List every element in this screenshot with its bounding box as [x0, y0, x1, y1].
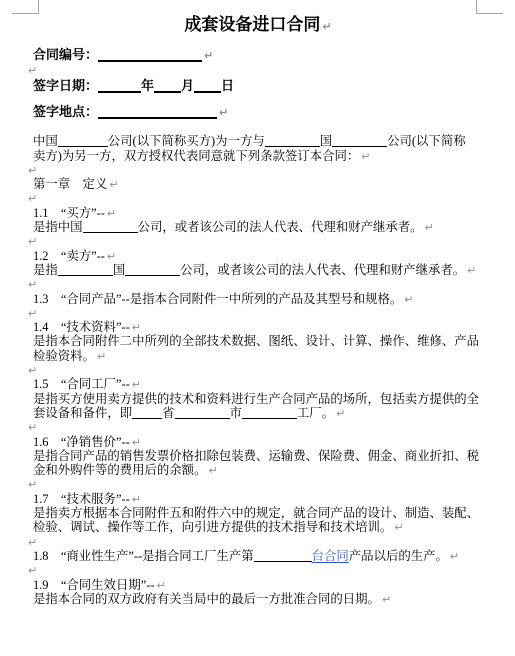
empty-paragraph: ↵: [33, 563, 483, 577]
blank-underline-field: [254, 560, 312, 562]
document-line: 是指卖方根据本合同附件五和附件六中的规定，就合同产品的设计、制造、装配、: [33, 506, 483, 520]
document-line: 1.7 “技术服务”--↵: [33, 492, 483, 506]
text-run: 签字地点：: [33, 104, 98, 119]
document-line: 1.2 “卖方”--↵: [33, 249, 483, 263]
paragraph-mark-icon: ↵: [28, 536, 37, 549]
paragraph-mark-icon: ↵: [107, 207, 116, 220]
document-line: 1.6 “净销售价”--↵: [33, 435, 483, 449]
blank-underline-field: [98, 90, 141, 93]
text-run: 成套设备进口合同: [184, 15, 320, 34]
blank-underline-field: [58, 145, 108, 147]
text-run: 公司，或者该公司的法人代表、代理和财产继承者。: [138, 220, 423, 234]
document-line: 是指本合同的双方政府有关当局中的最后一方批准合同的日期。↵: [33, 592, 483, 606]
empty-paragraph: ↵: [33, 63, 483, 77]
text-run: 卖方)为另一方，双方授权代表同意就下列条款签订本合同：: [33, 149, 359, 163]
text-run: 是指: [33, 263, 58, 277]
empty-paragraph: ↵: [33, 306, 483, 320]
text-run: 检验、调试、操作等工作，向引进方提供的技术指导和技术培训。: [33, 520, 392, 534]
paragraph-mark-icon: ↵: [467, 264, 476, 277]
document-content: 成套设备进口合同↵合同编号：↵↵签字日期：年月日签字地点：↵中国公司(以下简称买…: [33, 0, 483, 606]
document-line: 是指本合同附件二中所列的全部技术数据、图纸、设计、计算、操作、维修、产品: [33, 334, 483, 348]
blank-underline-field: [265, 145, 320, 147]
text-run: 1.4 “技术资料”--: [33, 320, 130, 334]
empty-paragraph: ↵: [33, 420, 483, 434]
text-run: 市: [230, 406, 242, 420]
document-line: 金和外购件等的费用后的余额。↵: [33, 463, 483, 477]
paragraph-mark-icon: ↵: [132, 436, 141, 449]
text-run: 1.6 “净销售价”--: [33, 435, 130, 449]
empty-paragraph: ↵: [33, 234, 483, 248]
paragraph-mark-icon: ↵: [28, 235, 37, 248]
blank-underline-field: [242, 417, 297, 419]
paragraph-mark-icon: ↵: [219, 106, 228, 119]
document-line: 是指合同产品的销售发票价格扣除包装费、运输费、保险费、佣金、商业折扣、税: [33, 449, 483, 463]
text-run: 日: [221, 78, 234, 93]
text-run: 年: [141, 78, 154, 93]
paragraph-mark-icon: ↵: [28, 192, 37, 205]
empty-paragraph: ↵: [33, 191, 483, 205]
document-line: 1.1 “买方”--↵: [33, 206, 483, 220]
paragraph-mark-icon: ↵: [336, 407, 345, 420]
paragraph-mark-icon: ↵: [361, 150, 370, 163]
blank-underline-field: [58, 274, 113, 276]
text-run: 1.5 “合同工厂”--: [33, 377, 130, 391]
text-run: 中国: [33, 134, 58, 148]
form-field-line: 签字日期：年月日: [33, 78, 483, 93]
text-run: 是指本合同附件二中所列的全部技术数据、图纸、设计、计算、操作、维修、产品: [33, 334, 479, 348]
paragraph-mark-icon: ↵: [132, 493, 141, 506]
form-field-line: 签字地点：↵: [33, 104, 483, 120]
document-line: 1.9 “合同生效日期”--↵: [33, 578, 483, 592]
document-line: 套设备和备件，即省市工厂。↵: [33, 406, 483, 420]
document-line: 检验、调试、操作等工作，向引进方提供的技术指导和技术培训。↵: [33, 520, 483, 534]
document-title-line: 成套设备进口合同↵: [33, 13, 483, 38]
paragraph-mark-icon: ↵: [132, 378, 141, 391]
paragraph-mark-icon: ↵: [404, 293, 413, 306]
form-field-line: 合同编号：↵: [33, 47, 483, 63]
text-run: 金和外购件等的费用后的余额。: [33, 463, 206, 477]
text-run: 国: [320, 134, 332, 148]
document-line: 是指买方使用卖方提供的技术和资料进行生产合同产品的场所，包括卖方提供的全: [33, 392, 483, 406]
paragraph-mark-icon: ↵: [204, 49, 213, 62]
document-page[interactable]: 成套设备进口合同 成套设备进口合同↵合同编号：↵↵签字日期：年月日签字地点：↵中…: [0, 0, 515, 656]
text-run: 月: [181, 78, 194, 93]
blank-underline-field: [194, 90, 221, 93]
empty-paragraph: ↵: [33, 477, 483, 491]
empty-paragraph: ↵: [33, 363, 483, 377]
blank-underline-field: [154, 90, 181, 93]
paragraph-mark-icon: ↵: [28, 564, 37, 577]
document-line: 卖方)为另一方，双方授权代表同意就下列条款签订本合同：↵: [33, 149, 483, 163]
text-run: 1.3 “合同产品”--是指本合同附件一中所列的产品及其型号和规格。: [33, 292, 402, 306]
empty-paragraph: ↵: [33, 277, 483, 291]
paragraph-mark-icon: ↵: [208, 464, 217, 477]
text-run: 第一章 定义: [33, 177, 107, 191]
document-line: 1.5 “合同工厂”--↵: [33, 377, 483, 391]
text-run: 产品以后的生产。: [349, 549, 448, 563]
text-run: 签字日期：: [33, 78, 98, 93]
paragraph-mark-icon: ↵: [107, 250, 116, 263]
text-run: 是指本合同的双方政府有关当局中的最后一方批准合同的日期。: [33, 592, 380, 606]
document-line: 是指国公司，或者该公司的法人代表、代理和财产继承者。↵: [33, 263, 483, 277]
paragraph-mark-icon: ↵: [28, 478, 37, 491]
text-run: 检验资料。: [33, 349, 95, 363]
blank-underline-field: [98, 116, 217, 119]
paragraph-mark-icon: ↵: [97, 350, 106, 363]
text-run: 套设备和备件，即: [33, 406, 132, 420]
text-run: 省: [162, 406, 174, 420]
paragraph-mark-icon: ↵: [156, 579, 165, 592]
text-run: 公司(以下简称: [387, 134, 465, 148]
text-run: 是指中国: [33, 220, 83, 234]
text-run: 工厂。: [297, 406, 334, 420]
blank-underline-field: [98, 59, 202, 62]
text-run: 国: [113, 263, 125, 277]
text-run: 是指卖方根据本合同附件五和附件六中的规定，就合同产品的设计、制造、装配、: [33, 506, 479, 520]
blank-underline-field: [132, 417, 162, 419]
paragraph-mark-icon: ↵: [28, 164, 37, 177]
paragraph-mark-icon: ↵: [132, 321, 141, 334]
empty-paragraph: ↵: [33, 163, 483, 177]
blank-underline-field: [125, 274, 180, 276]
paragraph-mark-icon: ↵: [450, 550, 459, 563]
text-run: 是指合同产品的销售发票价格扣除包装费、运输费、保险费、佣金、商业折扣、税: [33, 449, 479, 463]
paragraph-mark-icon: ↵: [394, 521, 403, 534]
paragraph-mark-icon: ↵: [28, 421, 37, 434]
paragraph-mark-icon: ↵: [382, 593, 391, 606]
paragraph-mark-icon: ↵: [322, 20, 331, 33]
document-line: 1.8 “商业性生产”--是指合同工厂生产第台合同产品以后的生产。↵: [33, 549, 483, 563]
document-line: 检验资料。↵: [33, 349, 483, 363]
text-run: 合同编号：: [33, 47, 98, 62]
document-line: 中国公司(以下简称买方)为一方与国公司(以下简称: [33, 134, 483, 148]
document-line: 是指中国公司，或者该公司的法人代表、代理和财产继承者。↵: [33, 220, 483, 234]
blank-underline-field: [83, 231, 138, 233]
blank-underline-field: [332, 145, 387, 147]
text-run: 1.7 “技术服务”--: [33, 492, 130, 506]
text-run: 1.1 “买方”--: [33, 206, 105, 220]
document-line: 第一章 定义↵: [33, 177, 483, 191]
document-line: 1.4 “技术资料”--↵: [33, 320, 483, 334]
paragraph-mark-icon: ↵: [28, 64, 37, 77]
text-run: 公司(以下简称买方)为一方与: [108, 134, 265, 148]
paragraph-mark-icon: ↵: [28, 307, 37, 320]
document-line: 1.3 “合同产品”--是指本合同附件一中所列的产品及其型号和规格。↵: [33, 292, 483, 306]
inline-hyperlink[interactable]: 台合同: [312, 549, 349, 563]
page-title: 成套设备进口合同: [0, 0, 1, 1]
paragraph-mark-icon: ↵: [28, 364, 37, 377]
text-run: 1.8 “商业性生产”--是指合同工厂生产第: [33, 549, 254, 563]
paragraph-mark-icon: ↵: [109, 178, 118, 191]
empty-paragraph: ↵: [33, 535, 483, 549]
text-run: 公司，或者该公司的法人代表、代理和财产继承者。: [180, 263, 465, 277]
text-run: 是指买方使用卖方提供的技术和资料进行生产合同产品的场所，包括卖方提供的全: [33, 392, 479, 406]
blank-underline-field: [175, 417, 230, 419]
text-run: 1.9 “合同生效日期”--: [33, 578, 154, 592]
paragraph-mark-icon: ↵: [28, 278, 37, 291]
text-run: 1.2 “卖方”--: [33, 249, 105, 263]
paragraph-mark-icon: ↵: [425, 221, 434, 234]
